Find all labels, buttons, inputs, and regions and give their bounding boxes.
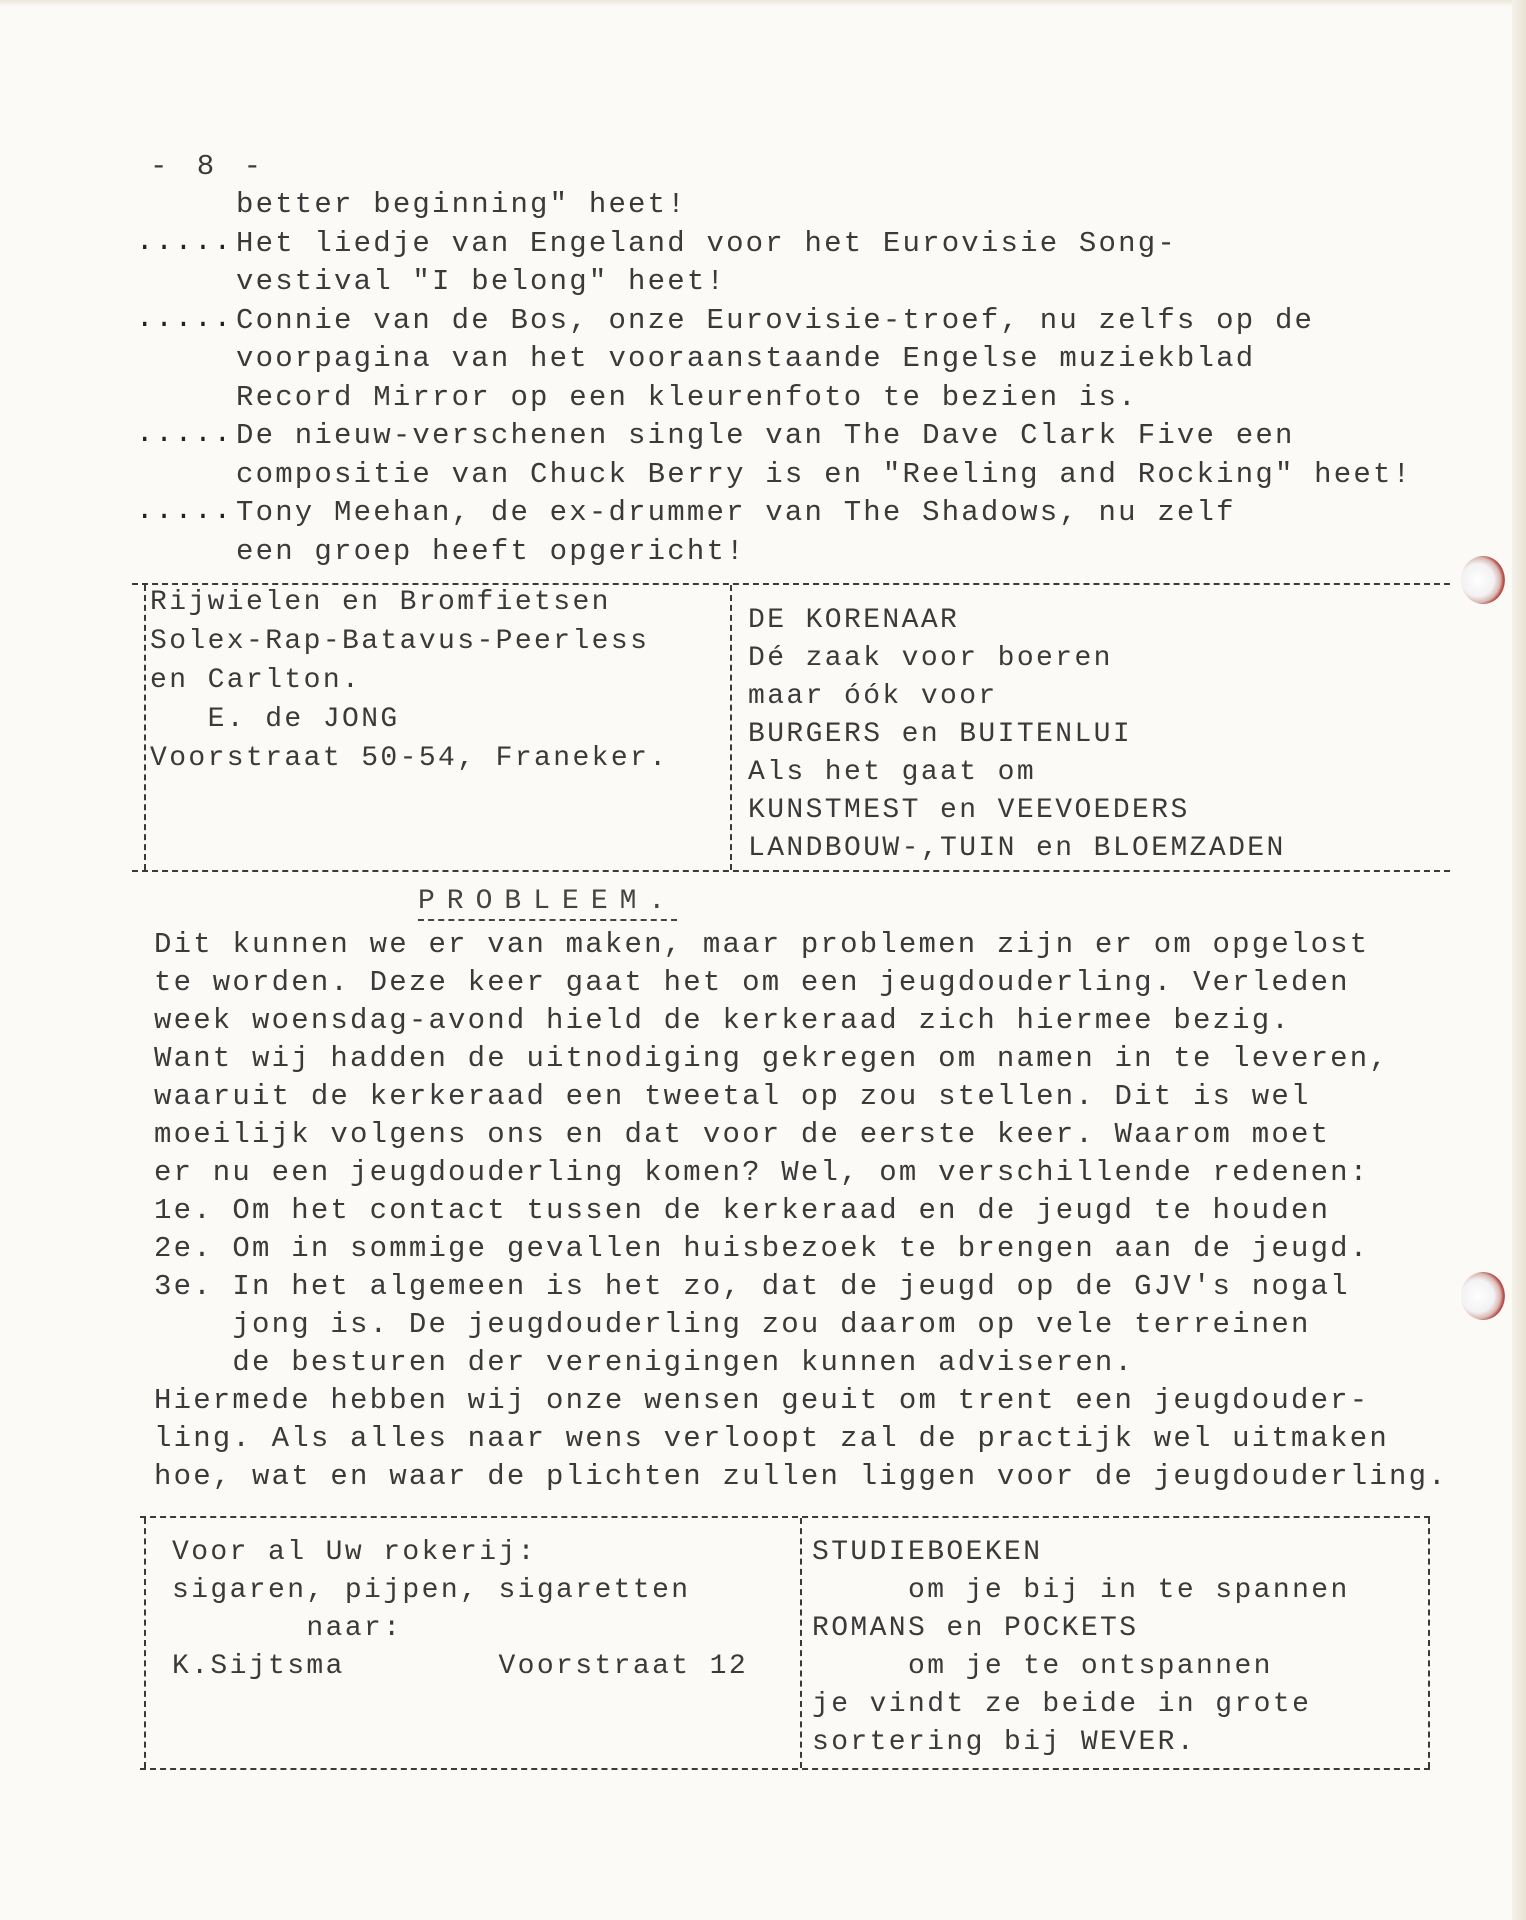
article-line: te worden. Deze keer gaat het om een jeu…: [154, 964, 1350, 1002]
ad-line: DE KORENAAR: [748, 602, 959, 640]
news-item-line: Tony Meehan, de ex-drummer van The Shado…: [236, 494, 1236, 532]
ad-line: om je te ontspannen: [812, 1648, 1273, 1686]
ad-line: Solex-Rap-Batavus-Peerless: [150, 623, 649, 661]
ad-line: Als het gaat om: [748, 754, 1036, 792]
ad-line: sortering bij WEVER.: [812, 1724, 1196, 1762]
ad-line: STUDIEBOEKEN: [812, 1534, 1042, 1572]
article-line: hoe, wat en waar de plichten zullen ligg…: [154, 1458, 1448, 1496]
ad-line: LANDBOUW-,TUIN en BLOEMZADEN: [748, 830, 1286, 868]
ad-line: K.Sijtsma Voorstraat 12: [172, 1648, 748, 1686]
article-line: er nu een jeugdouderling komen? Wel, om …: [154, 1154, 1369, 1192]
ad-line: KUNSTMEST en VEEVOEDERS: [748, 792, 1190, 830]
news-continuation-line: better beginning" heet!: [236, 186, 687, 224]
ad-line: ROMANS en POCKETS: [812, 1610, 1138, 1648]
article-line: Hiermede hebben wij onze wensen geuit om…: [154, 1382, 1369, 1420]
article-line: Dit kunnen we er van maken, maar problem…: [154, 926, 1369, 964]
punch-hole-top: [1461, 556, 1505, 604]
bullet-dots: .....: [136, 302, 233, 335]
bullet-dots: .....: [136, 494, 233, 527]
news-item-line: compositie van Chuck Berry is en "Reelin…: [236, 456, 1412, 494]
ad-line: maar óók voor: [748, 678, 998, 716]
article-line: 2e. Om in sommige gevallen huisbezoek te…: [154, 1230, 1369, 1268]
news-item-line: vestival "I belong" heet!: [236, 263, 726, 301]
news-item-line: Het liedje van Engeland voor het Eurovis…: [236, 225, 1177, 263]
ad-line: naar:: [172, 1610, 402, 1648]
ad-korenaar-left-border: [144, 585, 146, 870]
article-line: ling. Als alles naar wens verloopt zal d…: [154, 1420, 1389, 1458]
news-item-line: Connie van de Bos, onze Eurovisie-troef,…: [236, 302, 1314, 340]
article-line: moeilijk volgens ons en dat voor de eers…: [154, 1116, 1330, 1154]
bullet-dots: .....: [136, 225, 233, 258]
ad-line: om je bij in te spannen: [812, 1572, 1350, 1610]
ad-box-bottom-left-border: [144, 1518, 146, 1768]
page-number: - 8 -: [150, 148, 267, 186]
ad-line: Voor al Uw rokerij:: [172, 1534, 537, 1572]
article-line: de besturen der verenigingen kunnen advi…: [154, 1344, 1134, 1382]
article-line: waaruit de kerkeraad een tweetal op zou …: [154, 1078, 1311, 1116]
article-line: Want wij hadden de uitnodiging gekregen …: [154, 1040, 1389, 1078]
ad-box-bottom-right-border: [1428, 1518, 1430, 1768]
paper-right-edge: [1512, 0, 1526, 1920]
punch-hole-bottom: [1461, 1272, 1505, 1320]
ad-divider-bottom: [800, 1518, 802, 1768]
article-line: 1e. Om het contact tussen de kerkeraad e…: [154, 1192, 1330, 1230]
article-line: 3e. In het algemeen is het zo, dat de je…: [154, 1268, 1350, 1306]
ad-line: Voorstraat 50-54, Franeker.: [150, 740, 668, 778]
news-item-line: Record Mirror op een kleurenfoto te bezi…: [236, 379, 1138, 417]
article-line: week woensdag-avond hield de kerkeraad z…: [154, 1002, 1291, 1040]
paper-top-edge: [0, 0, 1526, 6]
ad-line: Dé zaak voor boeren: [748, 640, 1113, 678]
bullet-dots: .....: [136, 417, 233, 450]
ad-line: Rijwielen en Bromfietsen: [150, 584, 611, 622]
ad-line: E. de JONG: [150, 701, 400, 739]
news-item-line: een groep heeft opgericht!: [236, 533, 746, 571]
news-item-line: De nieuw-verschenen single van The Dave …: [236, 417, 1295, 455]
ad-line: en Carlton.: [150, 662, 361, 700]
article-heading: PROBLEEM.: [418, 886, 677, 921]
article-line: jong is. De jeugdouderling zou daarom op…: [154, 1306, 1311, 1344]
ad-line: sigaren, pijpen, sigaretten: [172, 1572, 690, 1610]
ad-line: BURGERS en BUITENLUI: [748, 716, 1132, 754]
ad-line: je vindt ze beide in grote: [812, 1686, 1311, 1724]
ad-divider: [730, 585, 732, 870]
news-item-line: voorpagina van het vooraanstaande Engels…: [236, 340, 1255, 378]
